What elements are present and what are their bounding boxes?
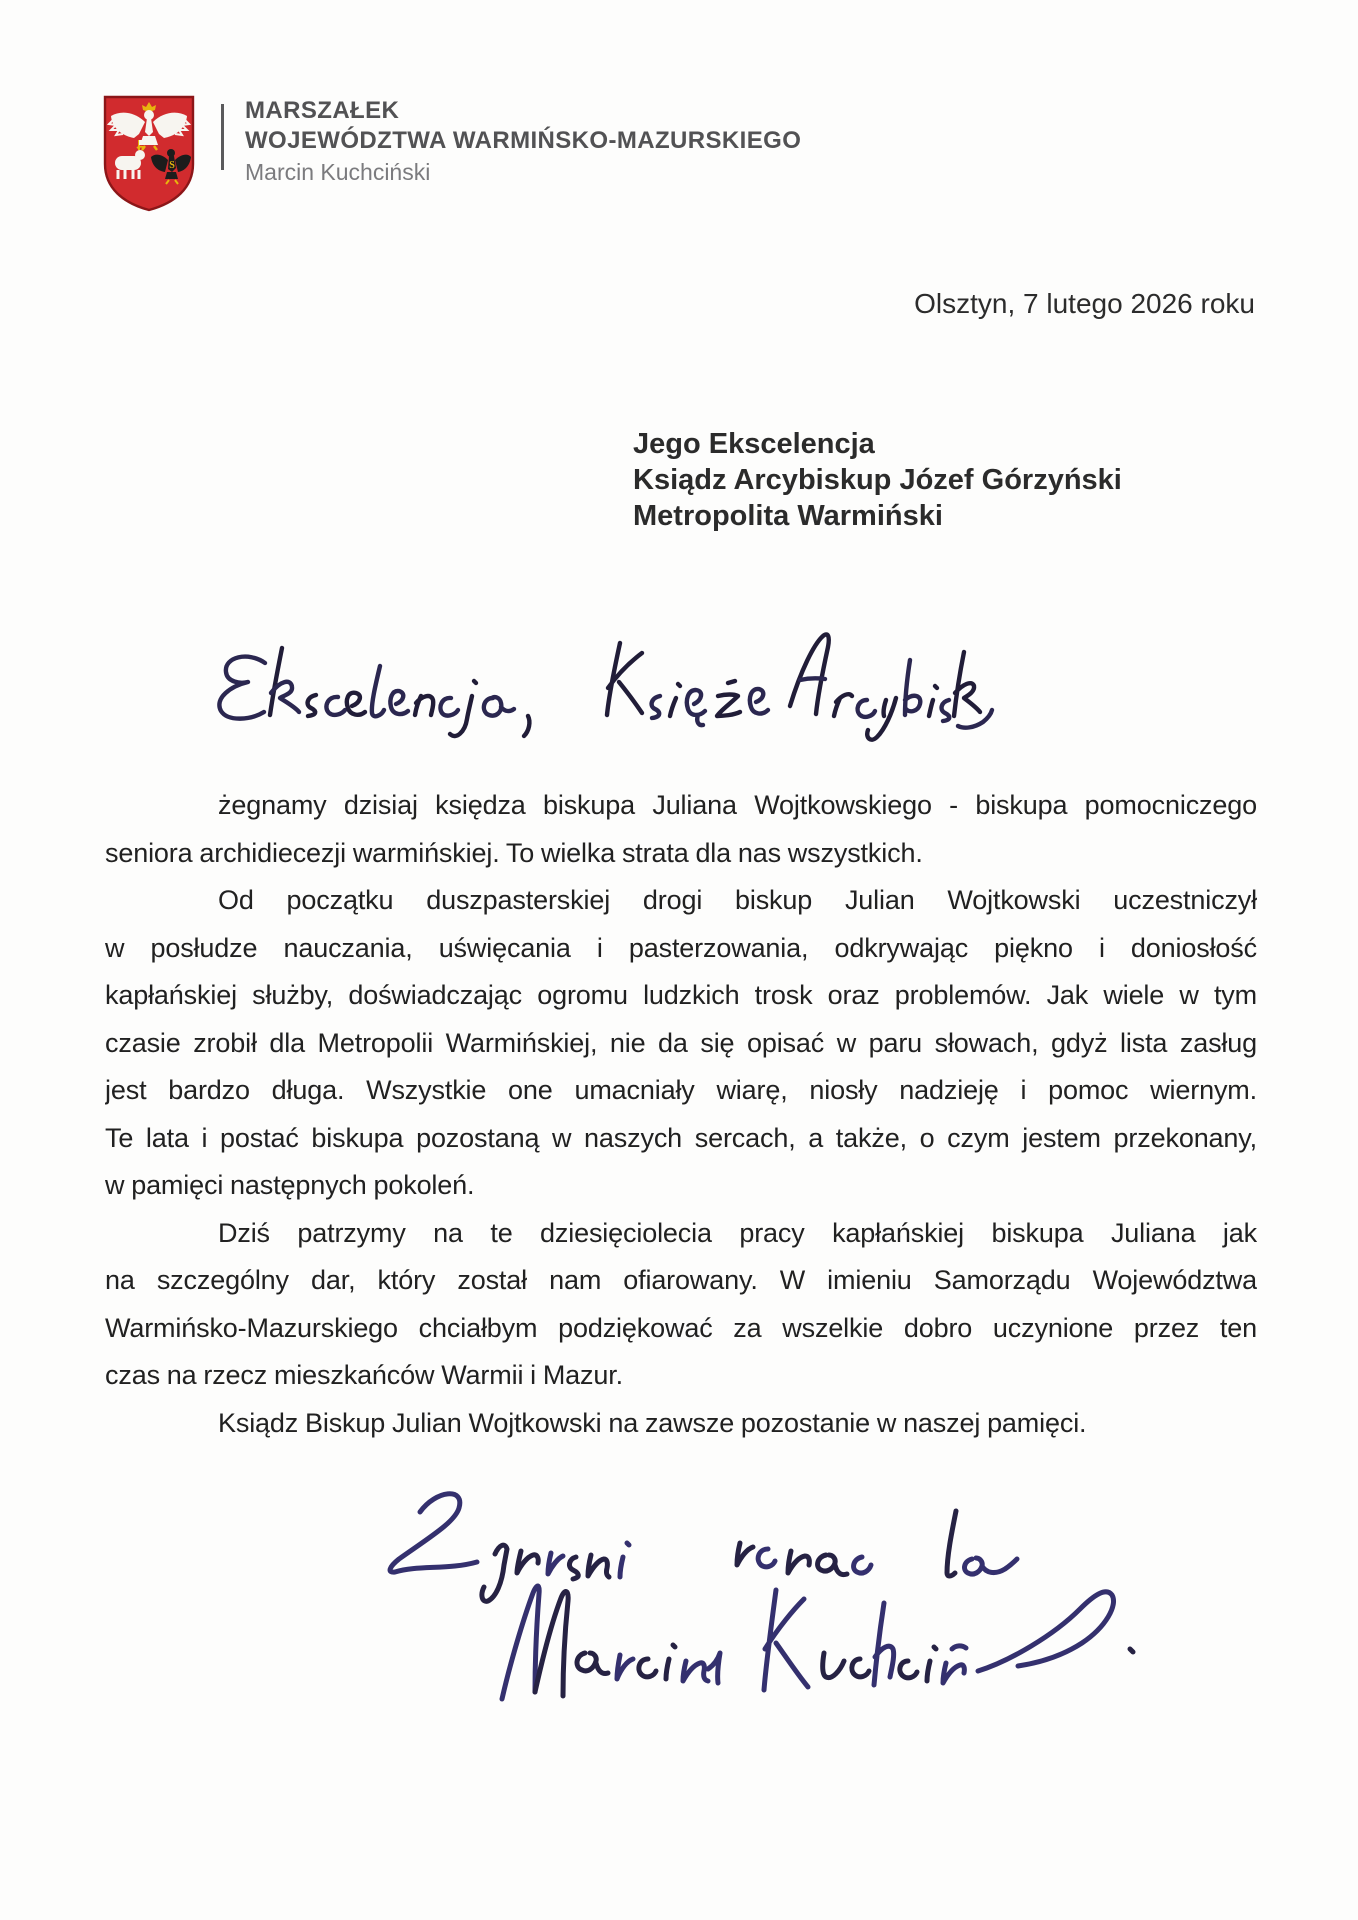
sender-name: Marcin Kuchciński (245, 157, 801, 187)
body-line: w pamięci następnych pokoleń. (105, 1162, 1257, 1210)
handwritten-closing: Z wyrazami szacunku Marcin Kuchciński (352, 1472, 1202, 1732)
body-line: Te lata i postać biskupa pozostaną w nas… (105, 1115, 1257, 1163)
addressee-line: Jego Ekscelencja (633, 426, 1122, 462)
sender-title-line1: MARSZAŁEK (245, 96, 801, 126)
body-line: Dziś patrzymy na te dziesięciolecia prac… (105, 1210, 1257, 1258)
body-line: Warmińsko-Mazurskiego chciałbym podzięko… (105, 1305, 1257, 1353)
letterhead-text: MARSZAŁEK WOJEWÓDZTWA WARMIŃSKO-MAZURSKI… (245, 96, 801, 187)
body-line: w posłudze nauczania, uświęcania i paste… (105, 925, 1257, 973)
letter-page: S MARSZAŁEK WOJEWÓDZTWA WARMIŃSKO-MAZURS… (0, 0, 1358, 1920)
coat-of-arms-icon: S (100, 94, 198, 212)
body-line: żegnamy dzisiaj księdza biskupa Juliana … (105, 782, 1257, 830)
body-line: na szczególny dar, który został nam ofia… (105, 1257, 1257, 1305)
handwritten-salutation: Ekscelencjo, Księże Arcybiskupie, (168, 608, 998, 768)
body-line: czas na rzecz mieszkańców Warmii i Mazur… (105, 1352, 1257, 1400)
salutation-ink (168, 608, 998, 763)
body-line: czasie zrobił dla Metropolii Warmińskiej… (105, 1020, 1257, 1068)
body-line: seniora archidiecezji warmińskiej. To wi… (105, 830, 1257, 878)
addressee-line: Metropolita Warmiński (633, 498, 1122, 534)
letterhead: S MARSZAŁEK WOJEWÓDZTWA WARMIŃSKO-MAZURS… (100, 92, 860, 222)
letter-body: żegnamy dzisiaj księdza biskupa Juliana … (105, 782, 1257, 1447)
dateline: Olsztyn, 7 lutego 2026 roku (914, 288, 1255, 320)
body-line: kapłańskiej służby, doświadczając ogromu… (105, 972, 1257, 1020)
letterhead-divider (221, 104, 224, 170)
svg-text:S: S (169, 160, 175, 171)
sender-title-line2: WOJEWÓDZTWA WARMIŃSKO-MAZURSKIEGO (245, 126, 801, 156)
body-line: jest bardzo długa. Wszystkie one umacnia… (105, 1067, 1257, 1115)
addressee-line: Ksiądz Arcybiskup Józef Górzyński (633, 462, 1122, 498)
addressee-block: Jego EkscelencjaKsiądz Arcybiskup Józef … (633, 426, 1122, 534)
signature-ink (352, 1472, 1202, 1727)
body-line: Od początku duszpasterskiej drogi biskup… (105, 877, 1257, 925)
body-line: Ksiądz Biskup Julian Wojtkowski na zawsz… (105, 1400, 1257, 1448)
